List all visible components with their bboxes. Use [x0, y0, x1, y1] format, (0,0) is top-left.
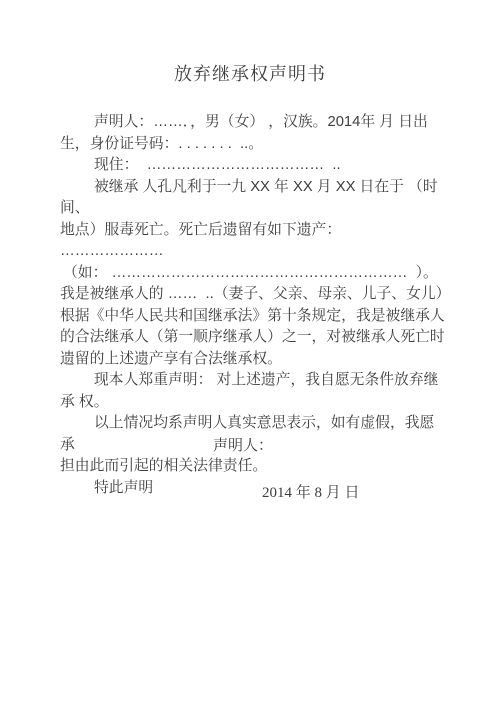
document-page: 放弃继承权声明书 声明人：……．，男（女） ，汉族。2014年 月 日出 生，身…: [0, 0, 500, 708]
declaration-line: 遗留的上述遗产享有合法继承权。: [60, 349, 448, 371]
declaration-line: 现住： ……………………………… ..: [60, 155, 448, 177]
declaration-line: 声明人：……．，男（女） ，汉族。2014年 月 日出: [60, 112, 448, 134]
declaration-line: 的合法继承人（第一顺序继承人）之一，对被继承人死亡时: [60, 327, 448, 349]
declaration-line: 根据《中华人民共和国继承法》第十条规定，我是被继承人: [60, 306, 448, 328]
declaration-line: 我是被继承人的 …… ..（妻子、父亲、母亲、儿子、女儿）: [60, 284, 448, 306]
date-line: 2014 年 8 月 日: [262, 481, 360, 502]
declaration-line: 现本人郑重声明： 对上述遗产，我自愿无条件放弃继承 权。: [60, 370, 448, 413]
declaration-line: （如： …………………………………………………… ）。: [60, 263, 448, 285]
document-title: 放弃继承权声明书: [0, 60, 500, 86]
declaration-line: 生，身份证号码：. . . . . . . ..。: [60, 134, 448, 156]
declaration-line: 担由此而引起的相关法律责任。: [60, 456, 448, 478]
declaration-line: 地点）服毒死亡。死亡后遗留有如下遗产： …………………: [60, 220, 448, 263]
declaration-line: 特此声明: [60, 478, 448, 500]
signature-label: 声明人：: [213, 434, 273, 455]
declaration-line: 被继承 人孔凡利于一九 XX 年 XX 月 XX 日在于 （时间、: [60, 177, 448, 220]
